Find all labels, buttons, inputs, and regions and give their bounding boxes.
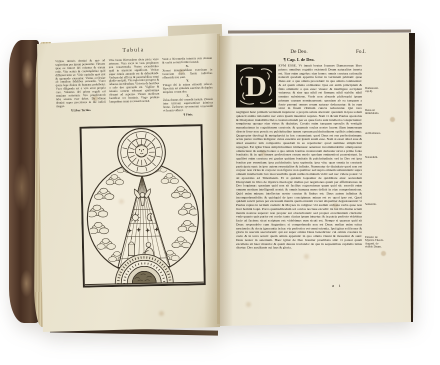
index-column-2: Vrbs beata Hierusalem dicta pacis visio …	[109, 58, 160, 126]
index-column-1: Vtilitas timoris domini & quo ad sapient…	[55, 59, 106, 127]
index-column-3: Venit a Nicomedia inimicis suis obuiam &…	[162, 57, 213, 125]
signature-mark: a i	[332, 283, 342, 288]
margin-notes: Damasceni. cap.iij. Deus est immēsitatis…	[365, 31, 385, 327]
left-page-content: Tabula Vtilitas timoris domini & quo ad …	[33, 23, 225, 334]
gutter-fold	[217, 34, 220, 324]
god-face-icon	[117, 128, 166, 177]
photo-background: Tabula Vtilitas timoris domini & quo ad …	[0, 0, 440, 365]
left-page: Tabula Vtilitas timoris domini & quo ad …	[34, 26, 220, 333]
margin-note: Ad Romanos.	[365, 132, 384, 135]
cover-edge-top	[228, 29, 411, 33]
index-entries: Zelus domus dei comedit iustum. Zizania …	[163, 98, 213, 113]
initial-letter: D	[245, 70, 267, 103]
margin-note: Damasceni. cap.iij.	[365, 87, 384, 93]
index-entries: Venit a Nicomedia inimicis suis obuiam &…	[162, 57, 212, 65]
index-entries: Xerxes innumerabilem exercitum in Graeci…	[162, 68, 212, 79]
woodcut-illustration	[79, 124, 205, 288]
running-title: De Deo.	[236, 49, 362, 55]
index-entries: Vrbs beata Hierusalem dicta pacis visio …	[109, 58, 160, 104]
margin-note: Deus est immēsitatis.	[365, 109, 384, 115]
index-entries: Vtilitas timoris domini & quo ad sapient…	[55, 59, 106, 108]
margin-note: Extasis: de Mystica Theolo. Augusti. de …	[365, 236, 384, 249]
antique-book: Tabula Vtilitas timoris domini & quo ad …	[0, 0, 440, 365]
chapter-heading: ¶ Cap. I. de Deo.	[236, 57, 362, 62]
index-columns: Vtilitas timoris domini & quo ad sapient…	[55, 57, 213, 127]
right-page: De Deo. Fo.I. ¶ Cap. I. de Deo. D	[219, 31, 411, 327]
foxing-spots	[0, 0, 3, 3]
index-entries: Ymago dei in anima rationali relucet. Yp…	[163, 83, 213, 94]
index-footer: ¶ Finis.	[163, 113, 213, 117]
decorated-initial: D	[236, 65, 276, 108]
margin-note: Sententia.	[365, 203, 384, 206]
left-page-header: Tabula	[56, 46, 211, 55]
index-footer: ¶ Liber Tertius.	[56, 108, 106, 112]
margin-note: Notandum.	[365, 156, 384, 159]
body-text-block: D EVM ESSE. Vt innuit beatus Ioannes Dam…	[236, 64, 362, 280]
